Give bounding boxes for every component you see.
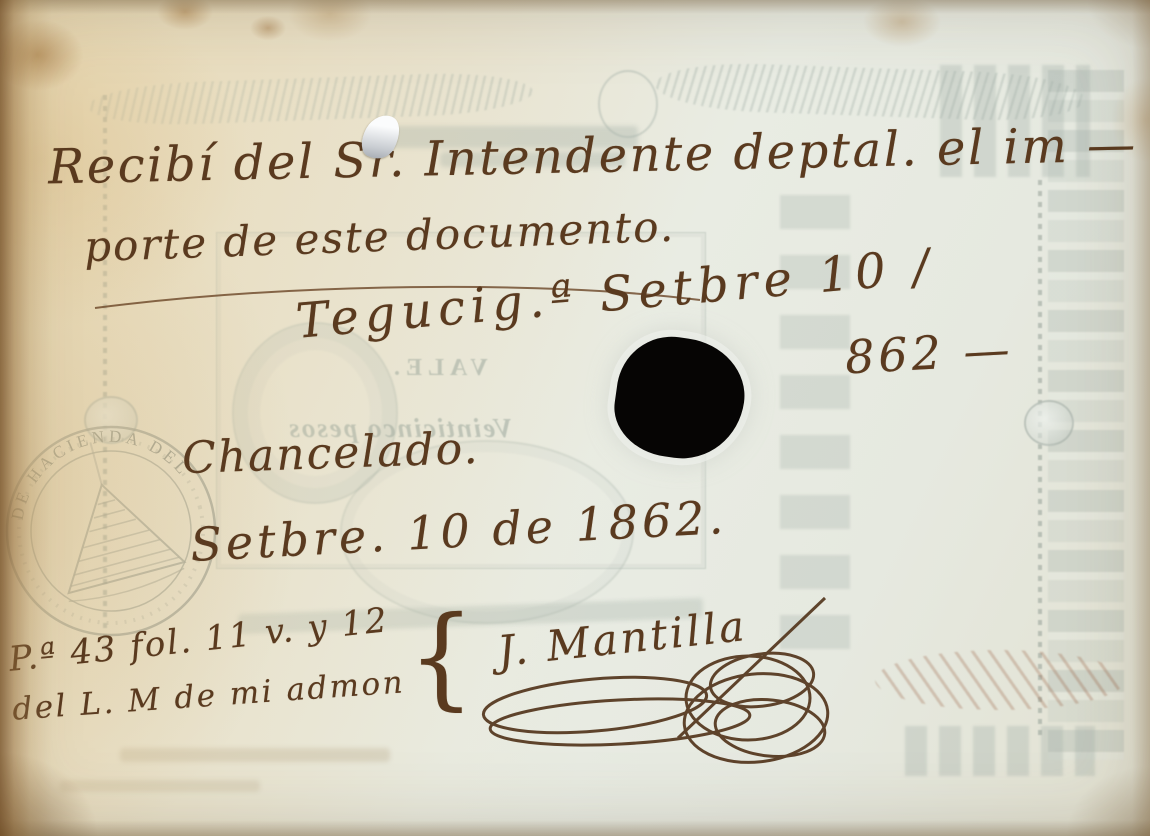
emboss-rosette-right (1024, 400, 1074, 446)
emboss-corner-bottom-right (905, 726, 1095, 776)
handwriting-year: 862 — (844, 322, 1015, 385)
handwriting-ledger-ref-2: del L. M de mi admon (11, 664, 406, 727)
showthrough-ink-marks (875, 650, 1125, 710)
showthrough-bottom-writing-1 (120, 748, 390, 762)
showthrough-vale-text: VALE. (388, 355, 488, 382)
signature-flourish (430, 580, 860, 765)
showthrough-bottom-writing-2 (60, 780, 260, 792)
emboss-garland-left (87, 70, 533, 128)
document-photo: VALE. Veinticinco pesos DE HACIENDA DEL … (0, 0, 1150, 836)
handwriting-chancelado: Chancelado. (181, 423, 480, 484)
handwriting-line-1: Recibí del Sr. Intendente deptal. el im … (48, 117, 1139, 196)
